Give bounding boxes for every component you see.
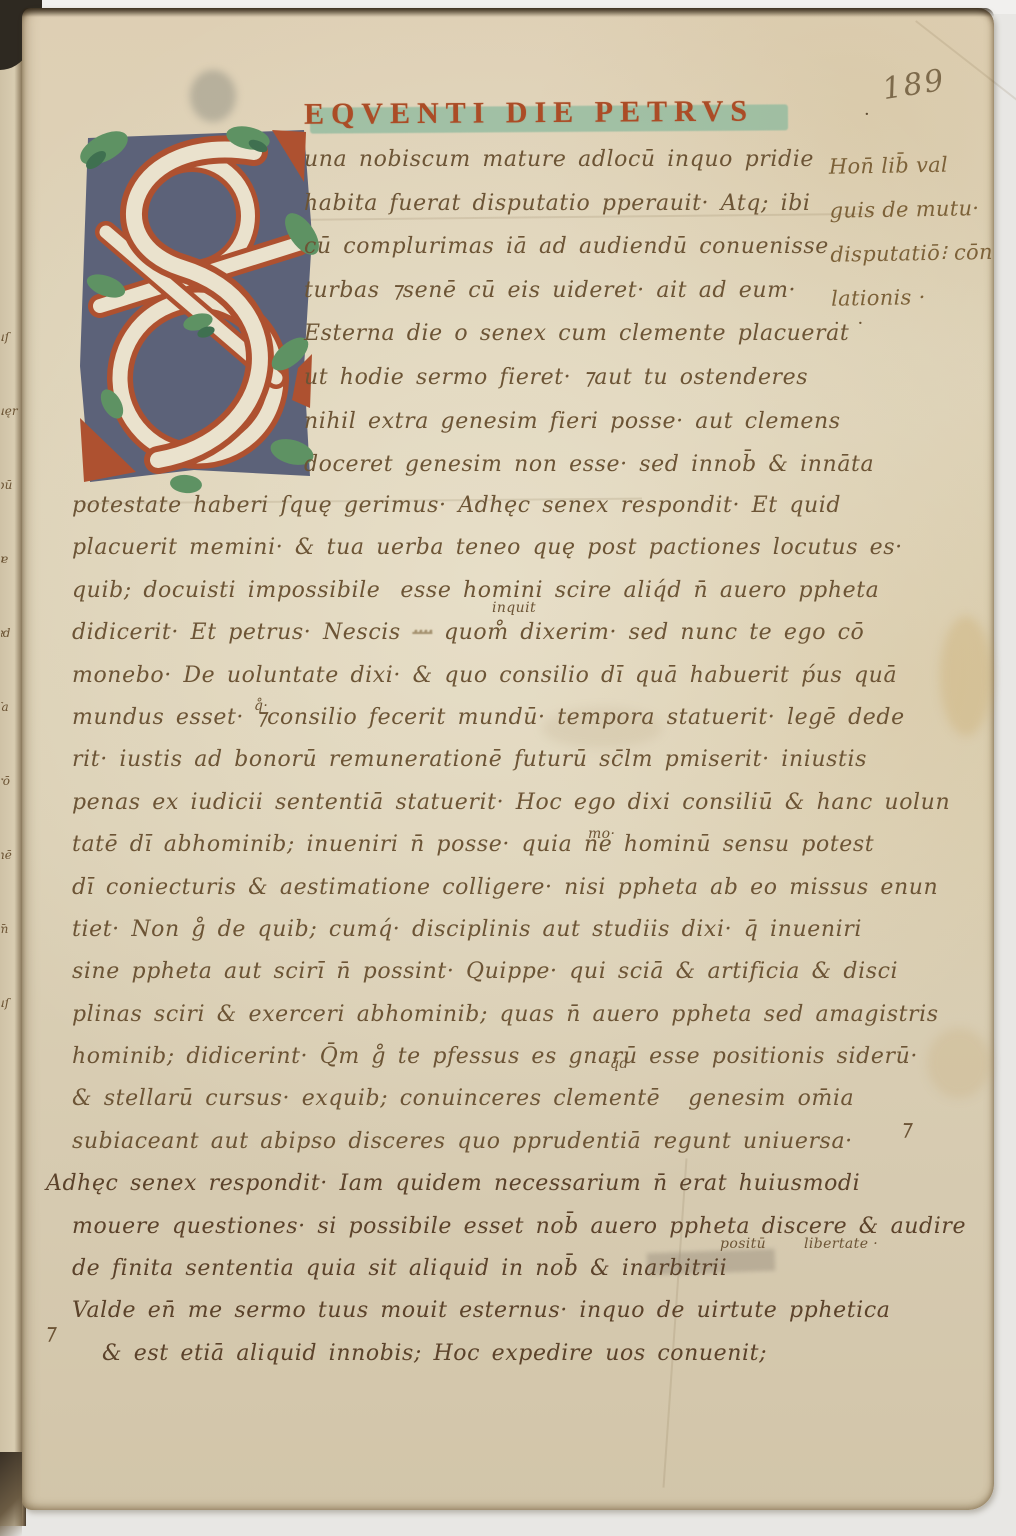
- manuscript-line: ut hodie sermo fieret· ⁊aut tu ostendere…: [304, 356, 864, 400]
- marginal-note: Hon̄ lib̄ val guis de mutu· disputatiō⁝ …: [828, 141, 1016, 320]
- line-segment: quom̊ dixerim· sed nunc te ego cō: [444, 620, 864, 645]
- line-segment: genesim om̄ia: [688, 1086, 854, 1111]
- chapter-title: EQVENTI DIE PETRVS: [304, 94, 804, 131]
- line-segment: quib; docuisti impossibile: [72, 578, 380, 603]
- manuscript-line: cū complurimas iā ad audiendū conuenisse: [304, 225, 864, 269]
- marginal-note-line: disputatiō⁝ cōn: [830, 229, 1016, 276]
- folio-number: 189: [880, 54, 1004, 107]
- interlinear-correction: libertate ·: [804, 1236, 878, 1252]
- line-segment: & stellarū cursus· exquib; conuinceres c…: [72, 1086, 660, 1111]
- manuscript-line: subiaceant aut abipso disceres quo pprud…: [72, 1121, 952, 1163]
- manuscript-line: penas ex iudicii sententiā statuerit· Ho…: [72, 782, 952, 824]
- manuscript-line: didicerit· Et petrus· Nescis ···· quom̊ …: [72, 612, 952, 654]
- manuscript-line: nihil extra genesim fieri posse· aut cle…: [304, 400, 864, 444]
- manuscript-line: hominib; didicerint· Q̄m g̊ te pfessus e…: [72, 1036, 952, 1078]
- manuscript-line: & est etiā aliquid innobis; Hoc expedire…: [72, 1333, 952, 1375]
- text-fragment: ꝛd: [1, 596, 17, 670]
- text-fragment: uęr: [1, 374, 17, 448]
- manuscript-page: 189 · EQVENTI DIE PETRVS: [22, 8, 994, 1510]
- marginal-dots: · ·: [834, 313, 869, 334]
- capitulum-mark: ⁊: [44, 1320, 55, 1345]
- interlinear-correction: inquit: [492, 600, 536, 616]
- manuscript-line: Valde en̄ me sermo tuus mouit esternus· …: [72, 1290, 952, 1332]
- manuscript-line: de finita sententia quia sit aliquid in …: [72, 1248, 952, 1290]
- text-fragment: ſa: [1, 670, 17, 744]
- manuscript-line: mundus esset· ⁊consilio fecerit mundū· t…: [72, 697, 952, 739]
- manuscript-line: monebo· De uoluntate dixi· & quo consili…: [72, 655, 952, 697]
- manuscript-line: turbas ⁊senē cū eis uideret· ait ad eum·: [304, 269, 864, 313]
- marginal-note-line: Hon̄ lib̄ val: [828, 141, 1016, 188]
- manuscript-line: plinas sciri & exerceri abhominib; quas …: [72, 994, 952, 1036]
- manuscript-line: tatē dī abhominib; inueniri n̄ posse· qu…: [72, 824, 952, 866]
- manuscript-line: potestate haberi ſquę gerimus· Adhęc sen…: [72, 485, 952, 527]
- line-segment: esse homini scire aliq́d n̄ auero ppheta: [400, 578, 879, 603]
- line-segment: didicerit· Et petrus· Nescis: [72, 620, 401, 645]
- manuscript-line: Adhęc senex respondit· Iam quidem necess…: [46, 1163, 952, 1205]
- manuscript-line: habita fuerat disputatio pperauit· Atq; …: [304, 182, 864, 226]
- interlinear-correction: q̊·: [254, 698, 268, 714]
- facing-folio-text-fragments: uſ uęr bū æ ꝛd ſa rō nē m̄ uſ: [1, 300, 21, 1040]
- manuscript-line: rit· iustis ad bonorū remunerationē futu…: [72, 739, 952, 781]
- manuscript-line: placuerit memini· & tua uerba teneo quę …: [72, 527, 952, 569]
- text-block-beside-initial: una nobiscum mature adlocū inquo pridie …: [304, 138, 864, 487]
- text-fragment: nē: [1, 818, 17, 892]
- text-fragment: æ: [1, 522, 17, 596]
- text-fragment: uſ: [1, 966, 17, 1040]
- text-fragment: m̄: [1, 892, 17, 966]
- manuscript-line: Esterna die o senex cum clemente placuer…: [304, 312, 864, 356]
- interlinear-correction: mo·: [588, 826, 615, 842]
- text-fragment: rō: [1, 744, 17, 818]
- binding-corner-bottom: [0, 1452, 22, 1536]
- text-fragment: uſ: [1, 300, 17, 374]
- initial-s-ornament-icon: [66, 116, 322, 500]
- manuscript-line: & stellarū cursus· exquib; conuinceres c…: [72, 1078, 952, 1120]
- manuscript-line: una nobiscum mature adlocū inquo pridie: [304, 138, 864, 182]
- decorated-initial-s: [66, 116, 322, 500]
- manuscript-line: tiet· Non g̊ de quib; cumq́· disciplinis…: [72, 909, 952, 951]
- ink-smudge: [190, 70, 236, 122]
- interlinear-correction: positū: [720, 1236, 766, 1252]
- manuscript-line: dī coniecturis & aestimatione colligere·…: [72, 867, 952, 909]
- marginal-note-line: guis de mutu·: [829, 185, 1016, 232]
- capitulum-mark: ⁊: [900, 1116, 911, 1141]
- text-fragment: bū: [1, 448, 17, 522]
- manuscript-line: doceret genesim non esse· sed innob̄ & i…: [304, 443, 864, 487]
- erased-word: ····: [412, 620, 432, 645]
- folio-dot: ·: [864, 104, 870, 125]
- interlinear-correction: q̄d: [610, 1056, 629, 1072]
- manuscript-line: sine ppheta aut scirī n̄ possint· Quippe…: [72, 951, 952, 993]
